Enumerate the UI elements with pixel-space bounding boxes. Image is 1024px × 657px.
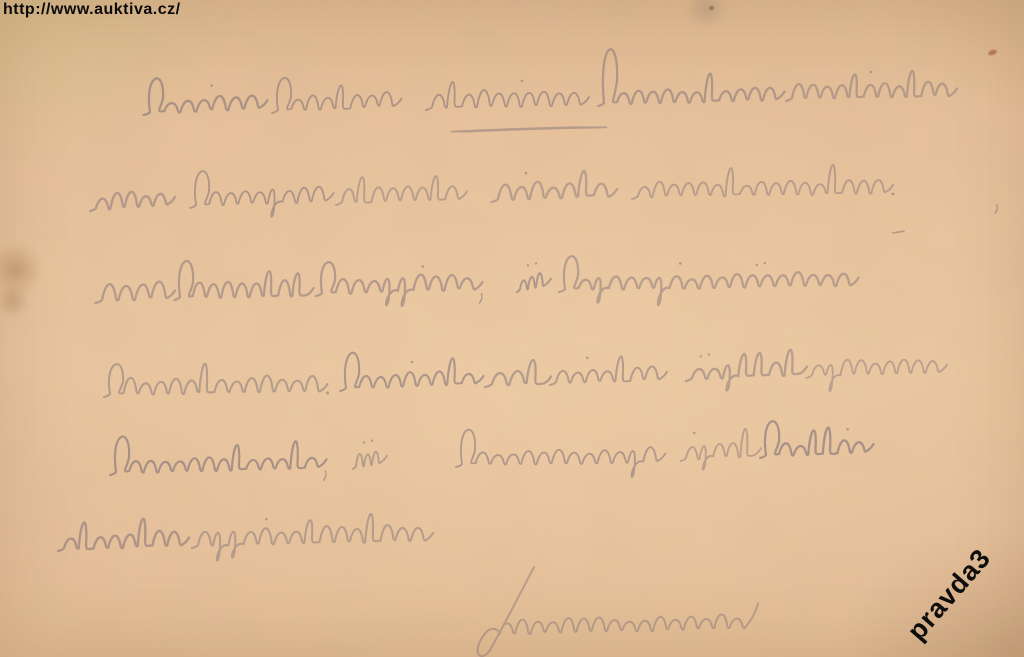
hw-word-weisst-dot: [411, 361, 414, 364]
hw-word-schumann: [478, 567, 758, 656]
hw-word-apfel: [686, 350, 807, 391]
watermark-tag: pravda3: [901, 543, 996, 646]
paper-speck: [987, 49, 997, 57]
hw-word-u: [353, 452, 387, 469]
hw-word-nicht-dot: [525, 172, 528, 175]
hw-word-papiermusse-dot: [679, 262, 682, 265]
hw-word-ivali: [760, 421, 873, 458]
hw-word-verkauft-period: [892, 192, 895, 195]
hw-word-vor: [90, 192, 175, 211]
hw-word-kein-dot: [521, 80, 524, 83]
hw-word-bude: [58, 519, 189, 551]
hw-word-schicke-dot: [870, 71, 873, 74]
hw-word-regen: [190, 171, 333, 217]
hw-word-kostel: [174, 261, 313, 300]
hw-word-du: [485, 360, 551, 387]
hw-word-strudel: [110, 436, 326, 475]
hw-word-verkauft: [632, 165, 893, 199]
hw-word-trockene-period: [326, 391, 329, 394]
hw-word-schysiel: [316, 262, 483, 306]
hw-word-panensky: [456, 430, 666, 477]
paper-speck: [709, 6, 714, 10]
hw-word-u-umlaut: [363, 441, 365, 443]
hw-word-prahen: [598, 49, 784, 106]
hw-word-schysiel-dot: [421, 265, 424, 268]
hw-word-weisst: [340, 353, 483, 391]
paper-stain: [0, 244, 44, 296]
hw-word-papiermusse-umlaut: [756, 264, 758, 266]
hw-word-nicht: [550, 356, 667, 385]
hw-word-nicht-dot: [586, 357, 589, 360]
paper-texture: [0, 0, 1024, 657]
hw-word-vor: [95, 282, 175, 303]
hw-word-apfel-umlaut: [708, 353, 710, 355]
postcard: http://www.auktiva.cz/ pravda3: [0, 0, 1024, 657]
hw-word-trockene: [104, 364, 328, 397]
kein-underline: [452, 127, 606, 132]
hw-word-jak: [681, 429, 761, 470]
hw-word-u: [517, 273, 551, 292]
hw-word-strudel-comma: [324, 471, 327, 480]
hw-word-jak-dot: [693, 432, 696, 435]
hw-word-kein: [426, 82, 589, 110]
hw-word-u-umlaut: [527, 264, 529, 266]
hw-word-diese: [144, 78, 268, 115]
hw-word-schicke: [786, 71, 957, 101]
paper-smudge: [683, 0, 729, 26]
hw-word-u-umlaut: [535, 262, 537, 264]
hw-word-papiermusse-umlaut: [764, 262, 766, 264]
paper-stain: [0, 286, 32, 316]
handwriting-layer: [0, 0, 1024, 657]
hw-word-habe: [336, 176, 467, 205]
hw-word-nicht: [492, 171, 617, 202]
watermark-url: http://www.auktiva.cz/: [3, 1, 181, 19]
hw-word-papiermusse: [559, 256, 859, 305]
hw-word-diese-dot: [210, 84, 213, 87]
hw-word-gerne: [806, 360, 947, 391]
stray-comma: [995, 205, 998, 213]
stray-dash: [893, 231, 904, 233]
hw-word-apfel-umlaut: [700, 355, 702, 357]
hw-word-schysiel-comma: [479, 294, 482, 303]
hw-word-potreboval: [192, 514, 433, 561]
hw-word-woche: [272, 78, 401, 113]
hw-word-u-umlaut: [371, 439, 373, 441]
hw-word-ivali-dot: [846, 428, 849, 431]
hw-word-potreboval-dot: [265, 518, 268, 521]
